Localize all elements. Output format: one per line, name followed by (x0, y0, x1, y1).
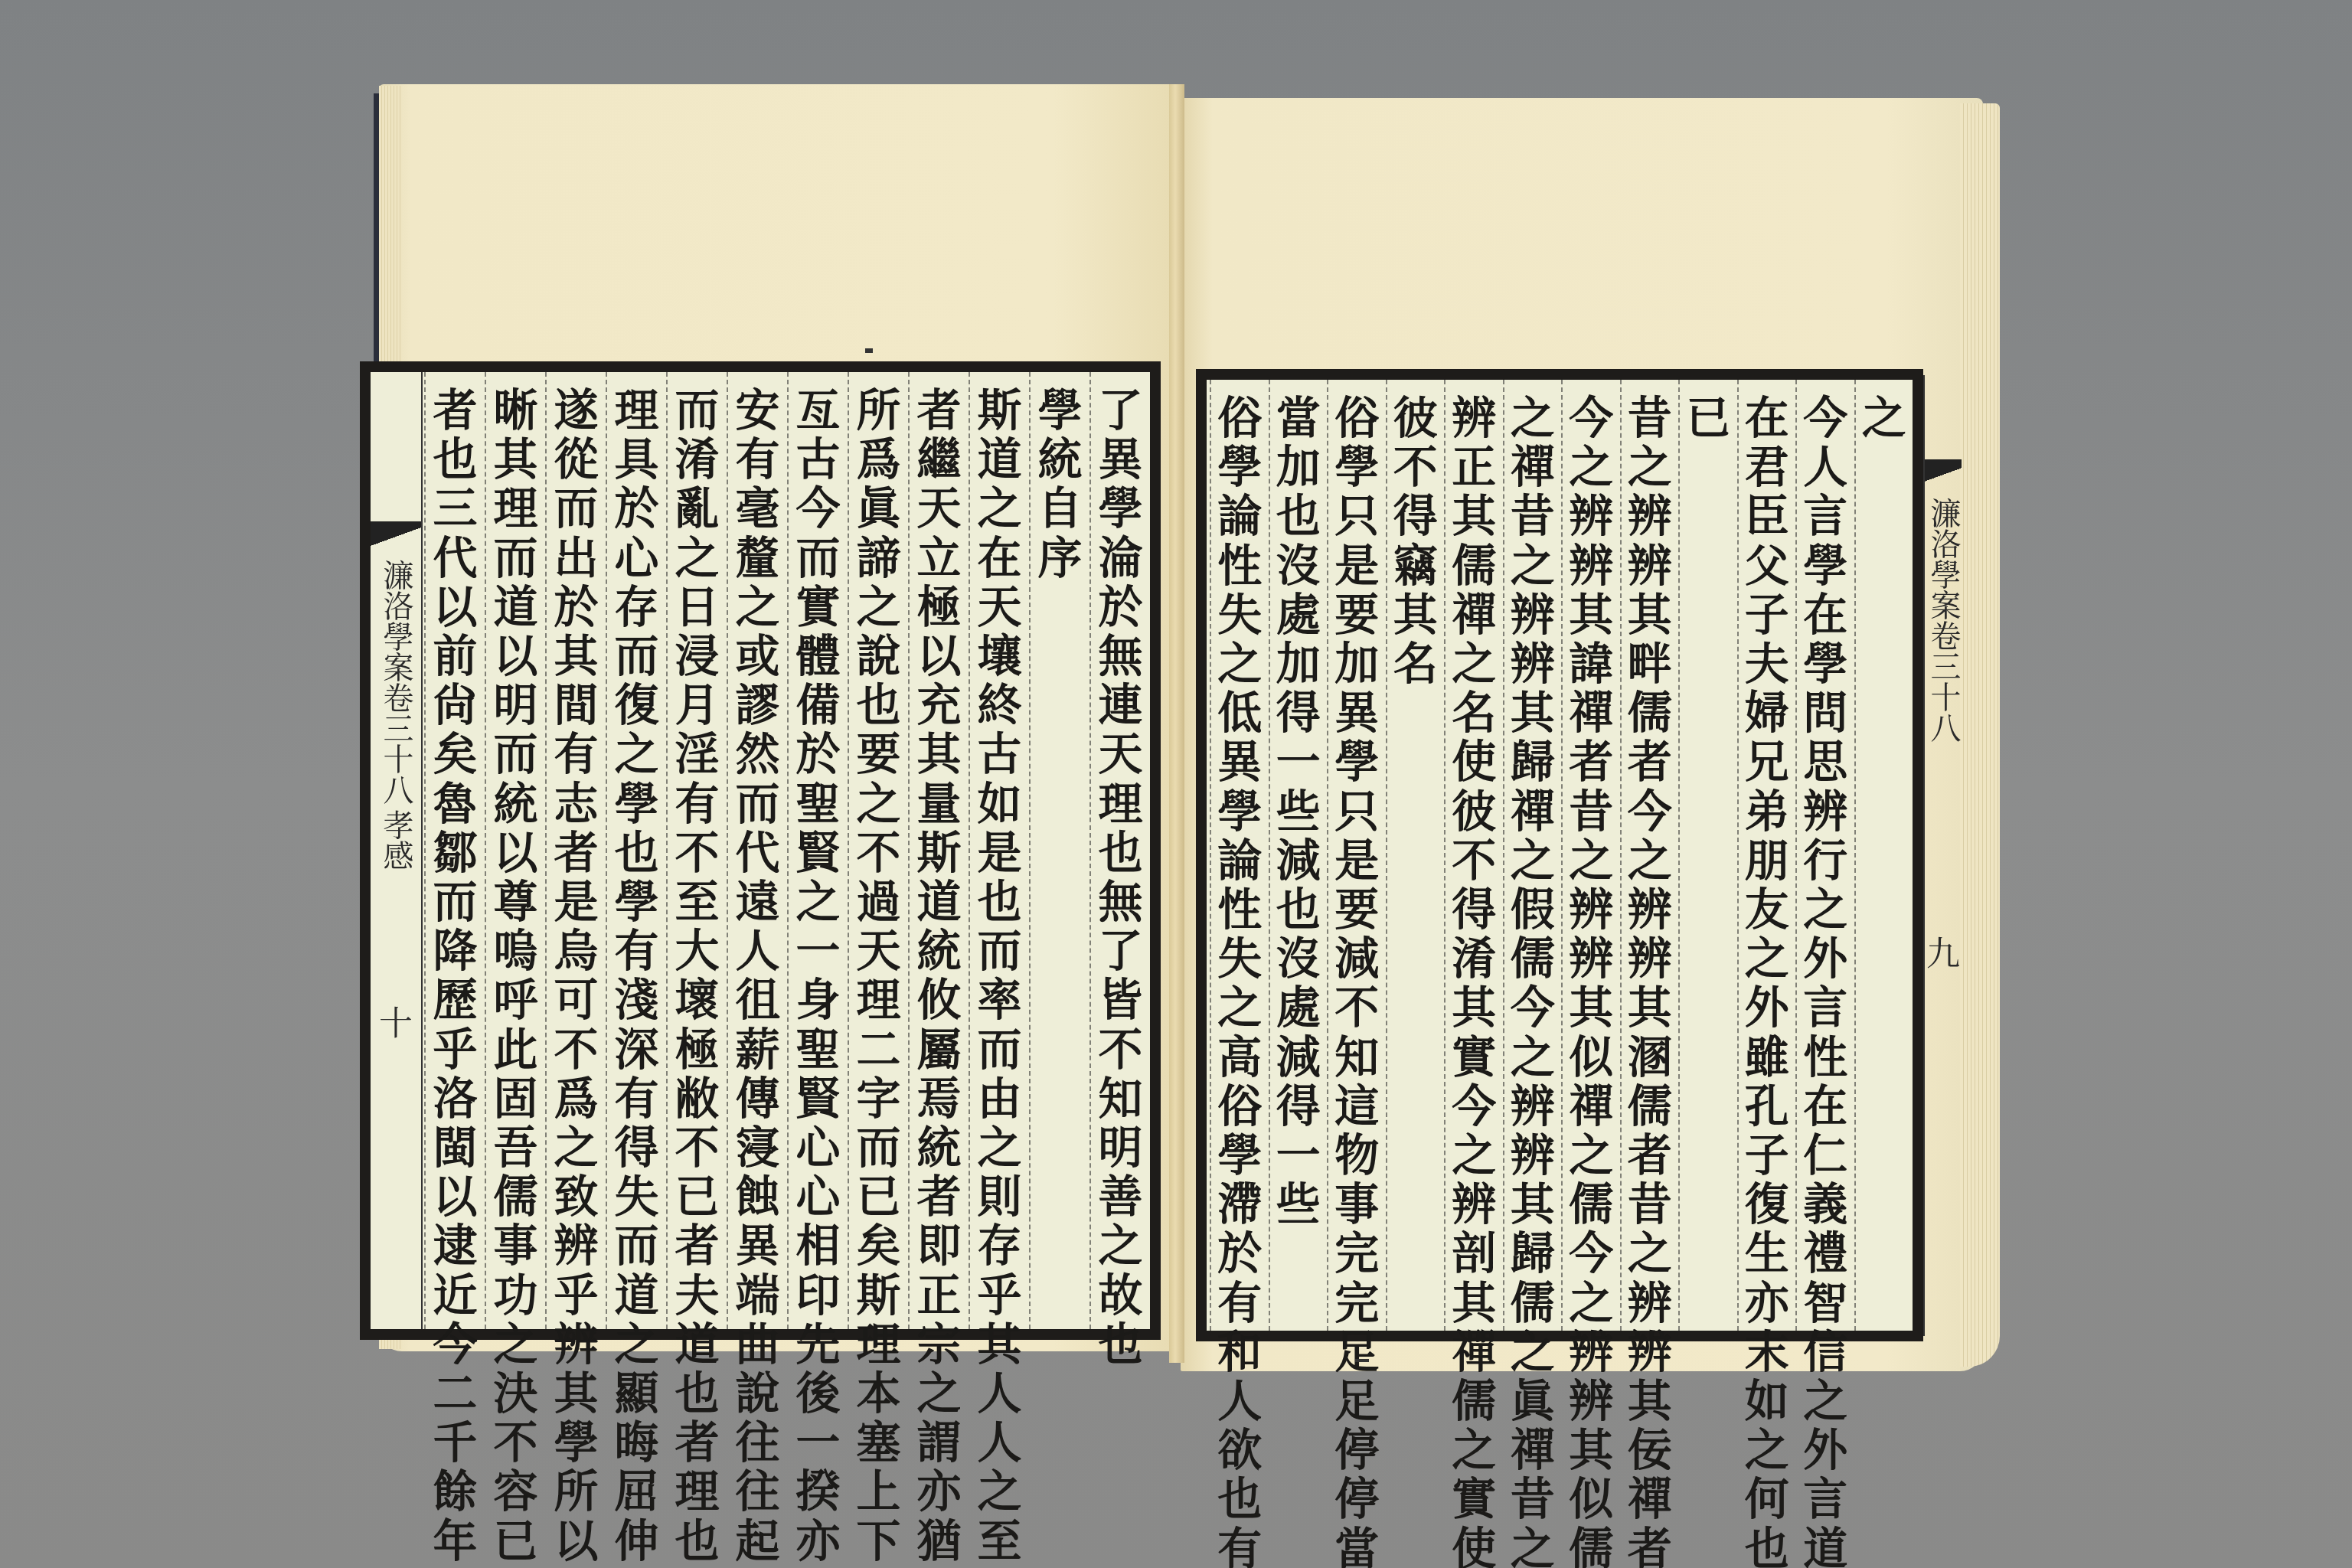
glyph: 壤 (977, 632, 1021, 681)
glyph: 言 (1803, 1475, 1847, 1524)
text-column: 晰其理而道以明而統以尊嗚呼此固吾儒事功之決不容已 (485, 372, 545, 1329)
glyph: 之 (1745, 934, 1789, 983)
glyph: 理 (856, 975, 900, 1024)
glyph: 佞 (1628, 1426, 1672, 1475)
left-page-number: 十 (371, 996, 421, 1045)
glyph: 淫 (675, 730, 719, 779)
glyph: 弟 (1745, 787, 1789, 836)
glyph: 在 (1803, 590, 1847, 639)
glyph: 率 (977, 975, 1021, 1024)
text-column: 之 (1854, 380, 1913, 1331)
glyph: 之 (1628, 443, 1672, 492)
glyph: 只 (1334, 787, 1379, 836)
glyph: 理 (493, 484, 537, 533)
glyph: 說 (735, 1369, 779, 1418)
glyph: 道 (675, 1320, 719, 1369)
glyph: 而 (675, 386, 719, 435)
glyph: 欲 (1217, 1426, 1262, 1475)
glyph: 和 (1217, 1328, 1262, 1377)
glyph: 如 (1745, 1377, 1789, 1426)
glyph: 而 (493, 730, 537, 779)
glyph: 朋 (1745, 836, 1789, 885)
glyph: 今 (1628, 787, 1672, 836)
glyph: 出 (554, 534, 598, 583)
glyph: 其 (1452, 1279, 1496, 1328)
glyph: 處 (1276, 590, 1321, 639)
glyph: 禪 (1452, 590, 1496, 639)
glyph: 加 (1276, 639, 1321, 688)
glyph: 論 (1217, 836, 1262, 885)
glyph: 賢 (795, 828, 840, 877)
glyph: 自 (1037, 484, 1082, 533)
glyph: 物 (1334, 1131, 1379, 1180)
glyph: 其 (1511, 1180, 1555, 1229)
glyph: 於 (554, 583, 598, 632)
glyph: 生 (1745, 1229, 1789, 1278)
glyph: 亦 (1745, 1279, 1789, 1328)
glyph: 顯 (614, 1369, 658, 1418)
glyph: 失 (1217, 590, 1262, 639)
right-page-banxin: 濂洛學案卷三十八 九 (1923, 375, 1962, 1336)
glyph: 外 (1803, 934, 1847, 983)
glyph: 之 (614, 730, 658, 779)
glyph: 斯 (916, 828, 961, 877)
glyph: 之 (614, 1320, 658, 1369)
glyph: 而 (433, 877, 477, 926)
glyph: 大 (675, 926, 719, 975)
glyph: 皆 (1098, 975, 1142, 1024)
glyph: 之 (977, 484, 1021, 533)
glyph: 之 (977, 1467, 1021, 1516)
glyph: 亦 (795, 1517, 840, 1566)
glyph: 其 (1628, 983, 1672, 1032)
left-page-text-block: 了異學淪於無連天理也無了皆不知明善之故也學統自序斯道之在天壤終古如是也而率而由之… (360, 361, 1161, 1340)
glyph: 似 (1569, 1033, 1613, 1082)
glyph: 禪 (1511, 443, 1555, 492)
glyph: 寖 (735, 1123, 779, 1172)
glyph: 亂 (675, 484, 719, 533)
glyph: 立 (916, 534, 961, 583)
glyph: 其 (1511, 688, 1555, 737)
glyph: 者 (916, 1172, 961, 1221)
glyph: 辨 (1628, 1279, 1672, 1328)
glyph: 異 (735, 1221, 779, 1270)
glyph: 些 (1276, 1180, 1321, 1229)
glyph: 實 (1452, 1033, 1496, 1082)
text-column: 所爲眞諦之說也要之不過天理二字而已矣斯理本塞上下 (848, 372, 908, 1329)
glyph: 其 (1452, 983, 1496, 1032)
glyph: 備 (795, 681, 840, 730)
glyph: 者 (1628, 1524, 1672, 1568)
glyph: 上 (856, 1467, 900, 1516)
glyph: 伸 (614, 1517, 658, 1566)
glyph: 之 (1628, 836, 1672, 885)
glyph: 之 (1628, 1229, 1672, 1278)
text-column: 俗學只是要加異學只是要減不知這物事完完足足停停當 (1327, 380, 1386, 1331)
glyph: 或 (735, 632, 779, 681)
glyph: 加 (1334, 639, 1379, 688)
glyph: 辨 (1511, 590, 1555, 639)
glyph: 儒 (1452, 1377, 1496, 1426)
glyph: 攸 (916, 975, 961, 1024)
glyph: 呼 (493, 975, 537, 1024)
glyph: 淆 (1452, 934, 1496, 983)
text-column: 今人言學在學問思辨行之外言性在仁義禮智信之外言道 (1795, 380, 1854, 1331)
glyph: 者 (554, 828, 598, 877)
glyph: 異 (1334, 688, 1379, 737)
glyph: 道 (916, 877, 961, 926)
glyph: 所 (554, 1467, 598, 1516)
glyph: 者 (916, 386, 961, 435)
book-gutter (1169, 84, 1184, 1363)
glyph: 聖 (795, 779, 840, 828)
glyph: 這 (1334, 1082, 1379, 1131)
glyph: 實 (1452, 1475, 1496, 1524)
glyph: 溷 (1628, 1033, 1672, 1082)
glyph: 不 (554, 1025, 598, 1074)
glyph: 充 (916, 681, 961, 730)
glyph: 而 (735, 779, 779, 828)
glyph: 今 (433, 1320, 477, 1369)
glyph: 減 (1334, 934, 1379, 983)
glyph: 閩 (433, 1123, 477, 1172)
glyph: 者 (1628, 737, 1672, 786)
glyph: 則 (977, 1172, 1021, 1221)
glyph: 辨 (1569, 492, 1613, 541)
glyph: 今 (1569, 394, 1613, 443)
glyph: 間 (554, 681, 598, 730)
glyph: 言 (1803, 492, 1847, 541)
glyph: 心 (614, 534, 658, 583)
glyph: 於 (614, 484, 658, 533)
glyph: 之 (1745, 1426, 1789, 1475)
glyph: 千 (433, 1418, 477, 1467)
glyph: 不 (493, 1418, 537, 1467)
glyph: 不 (1393, 443, 1438, 492)
glyph: 已 (493, 1517, 537, 1566)
glyph: 是 (1334, 541, 1379, 590)
glyph: 名 (1393, 639, 1438, 688)
glyph: 深 (614, 1025, 658, 1074)
glyph: 之 (1452, 1131, 1496, 1180)
glyph: 無 (1098, 632, 1142, 681)
text-column: 之禪昔之辨辨其歸禪之假儒今之辨辨其歸儒之眞禪昔之 (1503, 380, 1562, 1331)
glyph: 一 (795, 1418, 840, 1467)
glyph: 辨 (1569, 885, 1613, 934)
glyph: 辨 (1569, 1328, 1613, 1377)
glyph: 要 (1334, 590, 1379, 639)
glyph: 禪 (1569, 1082, 1613, 1131)
glyph: 理 (675, 1467, 719, 1516)
glyph: 月 (675, 681, 719, 730)
glyph: 以 (493, 632, 537, 681)
left-banxin-title: 濂洛學案卷三十八 孝感 (371, 560, 421, 871)
text-column: 在君臣父子夫婦兄弟朋友之外雖孔子復生亦末如之何也 (1737, 380, 1796, 1331)
glyph: 人 (735, 926, 779, 975)
glyph: 固 (493, 1074, 537, 1123)
ink-speck (865, 348, 873, 353)
glyph: 君 (1745, 443, 1789, 492)
glyph: 道 (977, 435, 1021, 484)
glyph: 失 (614, 1172, 658, 1221)
glyph: 之 (916, 1369, 961, 1418)
glyph: 傳 (735, 1074, 779, 1123)
glyph: 儒 (1511, 1279, 1555, 1328)
glyph: 之 (493, 1320, 537, 1369)
banxin-title-text: 濂洛學案卷三十八 (1926, 498, 1960, 743)
glyph: 使 (1452, 1524, 1496, 1568)
glyph: 要 (856, 730, 900, 779)
glyph: 人 (1803, 443, 1847, 492)
glyph: 學 (614, 779, 658, 828)
glyph: 辨 (1628, 934, 1672, 983)
glyph: 過 (856, 877, 900, 926)
glyph: 吾 (493, 1123, 537, 1172)
text-column: 斯道之在天壤終古如是也而率而由之則存乎其人人之至 (969, 372, 1029, 1329)
glyph: 雖 (1745, 1033, 1789, 1082)
glyph: 昔 (1628, 1180, 1672, 1229)
text-column: 辨正其儒禪之名使彼不得淆其實今之辨剖其禪儒之實使 (1444, 380, 1503, 1331)
glyph: 學 (1037, 386, 1082, 435)
glyph: 之 (1511, 541, 1555, 590)
glyph: 歸 (1511, 737, 1555, 786)
glyph: 其 (916, 730, 961, 779)
glyph: 斯 (856, 1271, 900, 1320)
glyph: 序 (1037, 534, 1082, 583)
glyph: 也 (675, 1517, 719, 1566)
glyph: 得 (1393, 492, 1438, 541)
glyph: 一 (1276, 737, 1321, 786)
glyph: 禪 (1628, 1475, 1672, 1524)
glyph: 其 (554, 632, 598, 681)
glyph: 代 (735, 828, 779, 877)
glyph: 下 (856, 1517, 900, 1566)
glyph: 已 (856, 1172, 900, 1221)
glyph: 諱 (1569, 639, 1613, 688)
glyph: 儒 (1628, 688, 1672, 737)
glyph: 歷 (433, 975, 477, 1024)
glyph: 問 (1803, 688, 1847, 737)
glyph: 而 (614, 1221, 658, 1270)
glyph: 以 (493, 828, 537, 877)
glyph: 夫 (675, 1271, 719, 1320)
text-column: 今之辨辨其諱禪者昔之辨辨其似禪之儒今之辨辨其似儒 (1561, 380, 1620, 1331)
glyph: 辨 (1452, 394, 1496, 443)
glyph: 以 (916, 632, 961, 681)
glyph: 論 (1217, 492, 1262, 541)
glyph: 亦 (916, 1467, 961, 1516)
glyph: 淆 (675, 435, 719, 484)
glyph: 也 (1276, 885, 1321, 934)
glyph: 者 (1628, 1131, 1672, 1180)
glyph: 猶 (916, 1517, 961, 1566)
glyph: 今 (1569, 1229, 1613, 1278)
glyph: 其 (1569, 983, 1613, 1032)
glyph: 其 (1452, 492, 1496, 541)
glyph: 繼 (916, 435, 961, 484)
glyph: 於 (1217, 1229, 1262, 1278)
glyph: 夫 (1745, 639, 1789, 688)
glyph: 思 (1803, 737, 1847, 786)
glyph: 諦 (856, 534, 900, 583)
glyph: 此 (493, 1025, 537, 1074)
glyph: 儒 (1511, 934, 1555, 983)
glyph: 有 (614, 926, 658, 975)
glyph: 智 (1803, 1279, 1847, 1328)
glyph: 道 (1803, 1524, 1847, 1568)
glyph: 之 (735, 583, 779, 632)
glyph: 當 (1276, 394, 1321, 443)
glyph: 晰 (493, 386, 537, 435)
glyph: 有 (554, 730, 598, 779)
glyph: 之 (856, 779, 900, 828)
glyph: 理 (1098, 779, 1142, 828)
glyph: 實 (795, 583, 840, 632)
glyph: 不 (856, 828, 900, 877)
glyph: 滯 (1217, 1180, 1262, 1229)
glyph: 往 (735, 1467, 779, 1516)
glyph: 揆 (795, 1467, 840, 1516)
glyph: 有 (1217, 1279, 1262, 1328)
glyph: 之 (795, 877, 840, 926)
glyph: 子 (1745, 1131, 1789, 1180)
glyph: 假 (1511, 885, 1555, 934)
glyph: 也 (433, 435, 477, 484)
ink-speck (1355, 1359, 1369, 1362)
glyph: 字 (856, 1074, 900, 1123)
glyph: 昔 (1569, 787, 1613, 836)
glyph: 之 (1217, 983, 1262, 1032)
glyph: 停 (1334, 1426, 1379, 1475)
glyph: 之 (554, 1123, 598, 1172)
glyph: 善 (1098, 1172, 1142, 1221)
glyph: 鄒 (433, 828, 477, 877)
glyph: 些 (1276, 787, 1321, 836)
glyph: 學 (1098, 484, 1142, 533)
glyph: 減 (1276, 1033, 1321, 1082)
glyph: 天 (856, 926, 900, 975)
glyph: 停 (1334, 1475, 1379, 1524)
glyph: 事 (1334, 1180, 1379, 1229)
glyph: 沒 (1276, 541, 1321, 590)
banxin-title-text: 濂洛學案卷三十八 (379, 560, 413, 805)
glyph: 辨 (1511, 1131, 1555, 1180)
glyph: 儒 (1569, 1180, 1613, 1229)
glyph: 降 (433, 926, 477, 975)
glyph: 儒 (1569, 1524, 1613, 1568)
text-column: 學統自序 (1029, 372, 1089, 1329)
glyph: 於 (795, 730, 840, 779)
glyph: 正 (1452, 443, 1496, 492)
glyph: 也 (675, 1369, 719, 1418)
glyph: 得 (1452, 885, 1496, 934)
glyph: 所 (856, 386, 900, 435)
glyph: 今 (1452, 1082, 1496, 1131)
glyph: 從 (554, 435, 598, 484)
glyph: 學 (1803, 541, 1847, 590)
glyph: 辨 (1511, 1082, 1555, 1131)
glyph: 學 (1334, 737, 1379, 786)
glyph: 是 (1334, 836, 1379, 885)
glyph: 洛 (433, 1074, 477, 1123)
glyph: 也 (1217, 1475, 1262, 1524)
glyph: 屈 (614, 1467, 658, 1516)
glyph: 人 (1217, 1377, 1262, 1426)
glyph: 具 (614, 435, 658, 484)
glyph: 遂 (554, 386, 598, 435)
glyph: 起 (735, 1517, 779, 1566)
glyph: 其 (1628, 1377, 1672, 1426)
glyph: 昔 (1511, 492, 1555, 541)
glyph: 行 (1803, 836, 1847, 885)
text-column: 了異學淪於無連天理也無了皆不知明善之故也 (1089, 372, 1150, 1329)
glyph: 蝕 (735, 1172, 779, 1221)
glyph: 三 (433, 484, 477, 533)
glyph: 高 (1217, 1033, 1262, 1082)
glyph: 兄 (1745, 737, 1789, 786)
glyph: 印 (795, 1271, 840, 1320)
glyph: 賢 (795, 1074, 840, 1123)
glyph: 矣 (433, 730, 477, 779)
glyph: 眞 (856, 484, 900, 533)
glyph: 可 (554, 975, 598, 1024)
glyph: 之 (1862, 394, 1906, 443)
glyph: 道 (614, 1271, 658, 1320)
glyph: 以 (433, 583, 477, 632)
glyph: 其 (1628, 590, 1672, 639)
glyph: 之 (1511, 1328, 1555, 1377)
glyph: 辨 (554, 1320, 598, 1369)
glyph: 言 (1803, 983, 1847, 1032)
glyph: 統 (493, 779, 537, 828)
left-page-banxin: 濂洛學案卷三十八 孝感 十 (371, 372, 423, 1329)
glyph: 異 (1098, 435, 1142, 484)
glyph: 沒 (1276, 934, 1321, 983)
glyph: 者 (1569, 737, 1613, 786)
glyph: 至 (977, 1517, 1021, 1566)
glyph: 餘 (433, 1467, 477, 1516)
glyph: 禮 (1803, 1229, 1847, 1278)
glyph: 孔 (1745, 1082, 1789, 1131)
glyph: 決 (493, 1369, 537, 1418)
glyph: 要 (1334, 885, 1379, 934)
text-column: 遂從而出於其間有志者是烏可不爲之致辨乎辨其學所以 (545, 372, 606, 1329)
glyph: 之 (1452, 639, 1496, 688)
glyph: 淺 (614, 975, 658, 1024)
glyph: 不 (675, 1123, 719, 1172)
glyph: 塞 (856, 1418, 900, 1467)
fish-tail-mark-icon (1925, 459, 1962, 490)
glyph: 當 (1334, 1524, 1379, 1568)
glyph: 致 (554, 1172, 598, 1221)
glyph: 心 (795, 1172, 840, 1221)
glyph: 由 (977, 1074, 1021, 1123)
glyph: 而 (977, 926, 1021, 975)
glyph: 志 (554, 779, 598, 828)
right-page-number: 九 (1925, 926, 1962, 975)
right-page-columns: 之今人言學在學問思辨行之外言性在仁義禮智信之外言道在君臣父子夫婦兄弟朋友之外雖孔… (1207, 380, 1913, 1331)
glyph: 尊 (493, 877, 537, 926)
right-page-text-block: 之今人言學在學問思辨行之外言性在仁義禮智信之外言道在君臣父子夫婦兄弟朋友之外雖孔… (1196, 369, 1923, 1341)
glyph: 者 (433, 386, 477, 435)
glyph: 也 (977, 877, 1021, 926)
text-column: 者繼天立極以充其量斯道統攸屬焉統者即正宗之謂亦猶 (908, 372, 969, 1329)
glyph: 薪 (735, 1025, 779, 1074)
glyph: 前 (433, 632, 477, 681)
glyph: 學 (1217, 1131, 1262, 1180)
glyph: 天 (916, 484, 961, 533)
glyph: 禪 (1452, 1328, 1496, 1377)
